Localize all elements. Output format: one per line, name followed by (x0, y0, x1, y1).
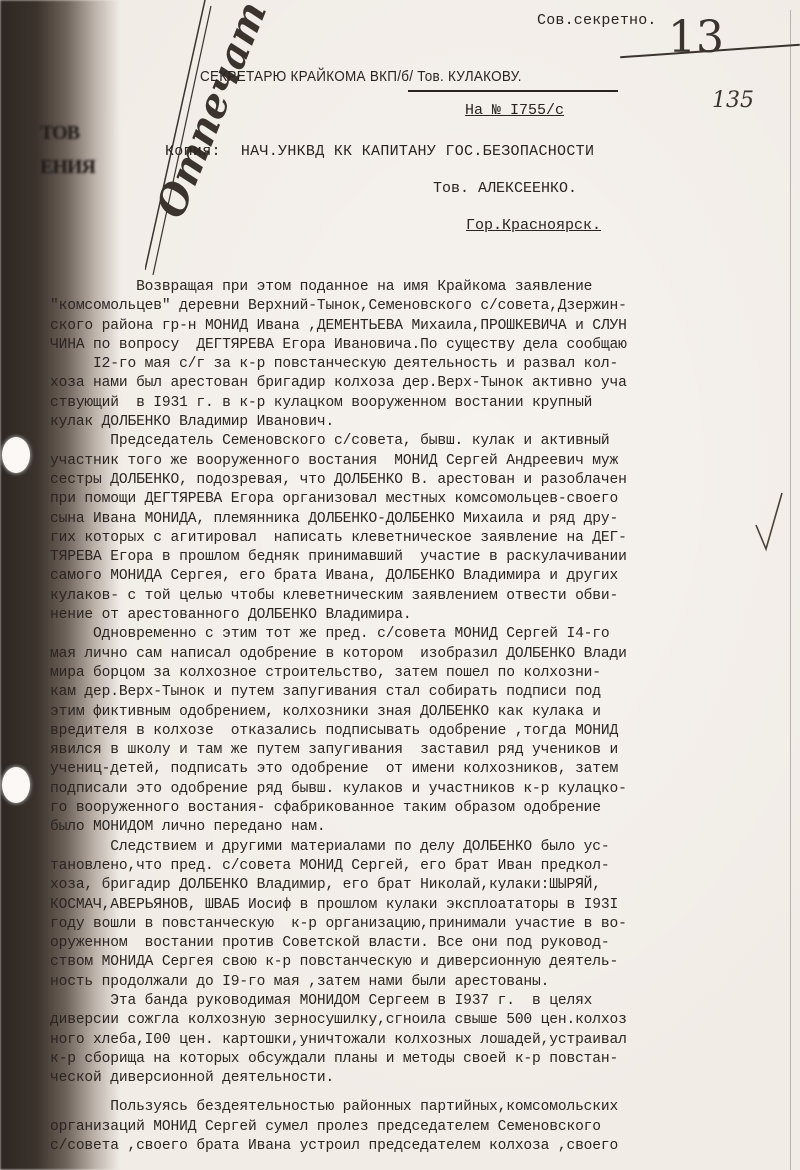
body-line: при помощи ДЕГТЯРЕВА Егора организовал м… (50, 490, 770, 509)
body-line: го вооруженного востания- сфабрикованное… (50, 799, 770, 818)
body-line: мая лично сам написал одобрение в которо… (50, 645, 770, 664)
body-line: году вошли в повстанческую к-р организац… (50, 915, 770, 934)
body-line: кулаков- с той целью чтобы клеветнически… (50, 587, 770, 606)
body-line: этим фиктивным одобрением, колхозники зн… (50, 703, 770, 722)
addressee-underline (408, 90, 618, 92)
body-line: Одновременно с этим тот же пред. с/совет… (50, 625, 770, 644)
punch-hole (2, 767, 30, 803)
body-line: хоза, бригадир ДОЛБЕНКО Владимир, его бр… (50, 876, 770, 895)
body-line: кам дер.Верх-Тынок и путем запугивания с… (50, 683, 770, 702)
body-line: явился в школу и там же путем запугивани… (50, 741, 770, 760)
handwritten-archive-number: 135 (712, 88, 754, 113)
body-line: самого МОНИДА Сергея, его брата Ивана, Д… (50, 567, 770, 586)
body-line: к-р сборища на которых обсуждали планы и… (50, 1050, 770, 1069)
body-line: нение от арестованного ДОЛБЕНКО Владимир… (50, 606, 770, 625)
body-line: сестры ДОЛБЕНКО, подозревая, что ДОЛБЕНК… (50, 471, 770, 490)
body-line: сына Ивана МОНИДА, племянника ДОЛБЕНКО-Д… (50, 510, 770, 529)
binding-fragment: ЕНИЯ (40, 156, 95, 179)
body-line: Пользуясь бездеятельностью районных парт… (50, 1098, 770, 1117)
body-line: диверсии сожгла колхозную зерносушилку,с… (50, 1011, 770, 1030)
body-line: КОСМАЧ,АВЕРЬЯНОВ, ШВАБ Иосиф в прошлом к… (50, 896, 770, 915)
letter-body: Возвращая при этом поданное на имя Крайк… (50, 278, 770, 1156)
body-line: оруженном востании против Советской влас… (50, 934, 770, 953)
body-line: подписали это одобрение ряд бывш. кулако… (50, 780, 770, 799)
body-line: ством МОНИДА Сергея свою к-р повстанческ… (50, 953, 770, 972)
page-edge-line (790, 10, 791, 1170)
copy-recipient-name: Тов. АЛЕКСЕЕНКО. (433, 180, 577, 197)
handwritten-page-number: 13 (668, 12, 724, 63)
body-line: "комсомольцев" деревни Верхний-Тынок,Сем… (50, 297, 770, 316)
body-line: ного хлеба,I00 цен. картошки,уничтожали … (50, 1031, 770, 1050)
body-line: ческой диверсионной деятельности. (50, 1069, 770, 1088)
body-line: I2-го мая с/г за к-р повстанческую деяте… (50, 355, 770, 374)
copy-recipient-title: НАЧ.УНКВД КК КАПИТАНУ ГОС.БЕЗОПАСНОСТИ (241, 143, 594, 160)
copy-recipient-city: Гор.Красноярск. (466, 217, 601, 234)
classification-label: Сов.секретно. (537, 12, 657, 29)
body-line: тановлено,что пред. с/совета МОНИД Серге… (50, 857, 770, 876)
body-line: хоза нами был арестован бригадир колхоза… (50, 374, 770, 393)
copy-to-line: Копия:НАЧ.УНКВД КК КАПИТАНУ ГОС.БЕЗОПАСН… (165, 143, 594, 160)
body-line: Следствием и другими материалами по делу… (50, 838, 770, 857)
punch-hole (2, 437, 30, 473)
body-line: учениц-детей, подписать это одобрение от… (50, 760, 770, 779)
margin-checkmark-icon (752, 485, 788, 565)
body-line: Председатель Семеновского с/совета, бывш… (50, 432, 770, 451)
body-line: ствующий в I931 г. в к-р кулацком вооруж… (50, 394, 770, 413)
body-line: вредителя в колхозе отказались подписыва… (50, 722, 770, 741)
body-line: Возвращая при этом поданное на имя Крайк… (50, 278, 770, 297)
body-line: ТЯРЕВА Егора в прошлом бедняк принимавши… (50, 548, 770, 567)
body-line (50, 1088, 770, 1098)
body-line: Эта банда руководимая МОНИДОМ Сергеем в … (50, 992, 770, 1011)
document-page: ТОВ ЕНИЯ Отпечат Сов.секретно. 13 135 СЕ… (0, 0, 800, 1170)
body-line: с/совета ,своего брата Ивана устроил пре… (50, 1137, 770, 1156)
body-line: ность продолжали до I9-го мая ,затем нам… (50, 973, 770, 992)
body-line: организаций МОНИД Сергей сумел пролез пр… (50, 1118, 770, 1137)
body-line: кулак ДОЛБЕНКО Владимир Иванович. (50, 413, 770, 432)
body-line: было МОНИДОМ лично передано нам. (50, 818, 770, 837)
addressee-line: СЕКРЕТАРЮ КРАЙКОМА ВКП/б/ Тов. КУЛАКОВУ. (200, 68, 522, 85)
copy-label: Копия: (165, 143, 221, 160)
body-line: гих которых с агитировал написать клевет… (50, 529, 770, 548)
body-line: ского района гр-н МОНИД Ивана ,ДЕМЕНТЬЕВ… (50, 317, 770, 336)
body-line: ЧИНА по вопросу ДЕГТЯРЕВА Егора Иванович… (50, 336, 770, 355)
body-line: мира борцом за колхозное строительство, … (50, 664, 770, 683)
reference-number: На № I755/с (465, 102, 564, 119)
binding-fragment: ТОВ (40, 122, 79, 145)
body-line: участник того же вооруженного востания М… (50, 452, 770, 471)
